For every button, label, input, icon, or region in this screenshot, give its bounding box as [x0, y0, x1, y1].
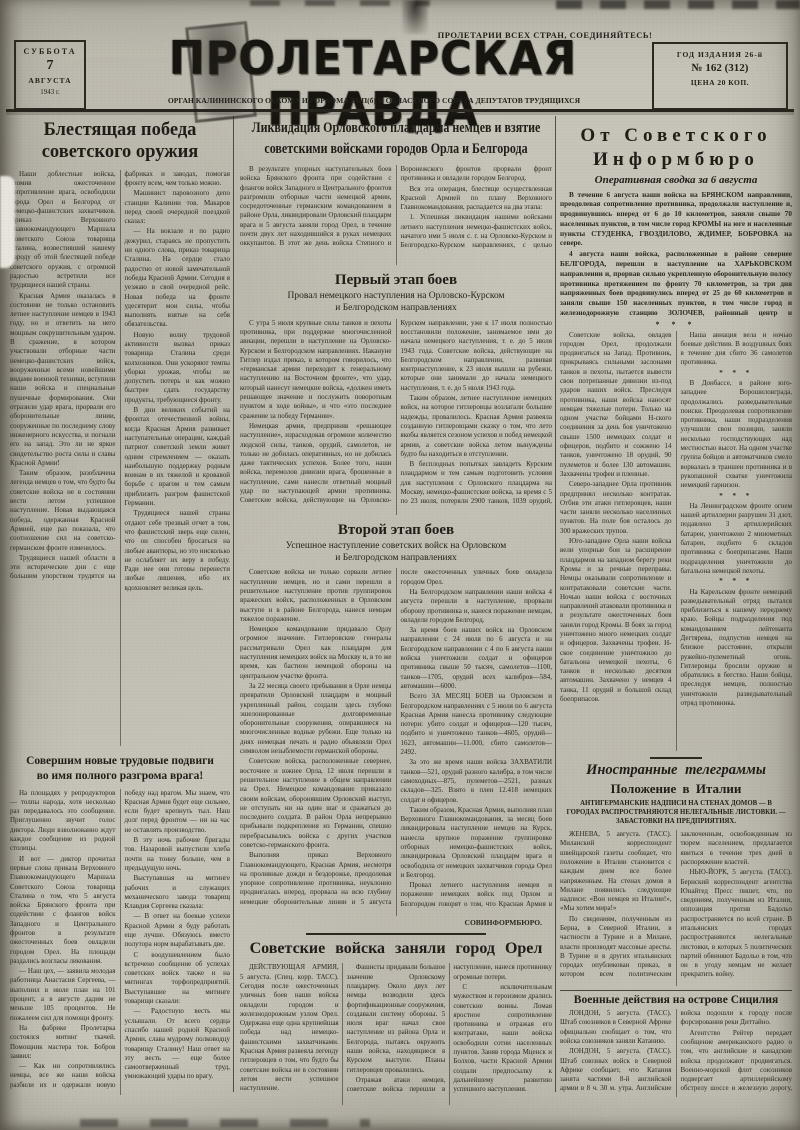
- section-rule: [650, 757, 701, 759]
- paragraph: Юго-западнее Орла наши войска вели упорн…: [560, 537, 672, 704]
- sicily-body: ЛОНДОН, 5 августа. (ТАСС). Штаб союзнико…: [560, 1009, 792, 1097]
- paragraph: Таким образом, летнее наступление немецк…: [401, 394, 553, 459]
- sovinformburo-signature: СОВИНФОРМБЮРО.: [240, 918, 552, 927]
- issue-price: ЦЕНА 20 КОП.: [654, 78, 786, 87]
- svodka-subheading: Оперативная сводка за 6 августа: [560, 174, 792, 186]
- article-headline-victory: Блестящая победа советского оружия: [10, 120, 230, 164]
- article-body-labor-feats: На площадях у репродукторов — толпы наро…: [10, 789, 230, 1095]
- paragraph: Таким образом, Красная Армия, выполняя п…: [401, 806, 553, 880]
- date-day: 7: [16, 58, 84, 74]
- paragraph: На площадях у репродукторов — толпы наро…: [10, 789, 116, 854]
- issue-number: № 162 (312): [654, 62, 786, 74]
- paragraph: На Ленинградском фронте огнем нашей арти…: [681, 502, 793, 576]
- edition-year: ГОД ИЗДАНИЯ 26-й: [654, 50, 786, 59]
- paragraph: Новую волну трудовой активности вызвал п…: [125, 331, 231, 405]
- date-year: 1943 г.: [16, 88, 84, 96]
- paragraph: Трудящиеся нашей страны отдают себе трез…: [125, 509, 231, 593]
- organ-line: ОРГАН КАЛИНИНСКОГО ОБКОМА И ГОРКОМА ВКП(…: [100, 96, 648, 105]
- paragraph: ЛОНДОН, 5 августа. (ТАСС). Штаб союзнико…: [560, 1009, 672, 1046]
- main-article-intro: В результате упорных наступательных боев…: [240, 165, 552, 265]
- star-separator: * * *: [681, 492, 793, 501]
- italy-body: ЖЕНЕВА, 5 августа. (ТАСС). Миланский кор…: [560, 830, 792, 986]
- paragraph: — Радостную весть мы услышали. От всего …: [125, 1007, 231, 1081]
- date-day-name: СУББОТА: [16, 47, 84, 56]
- paragraph: Немецкое командование придавало Орлу огр…: [240, 625, 392, 681]
- paragraph: В Донбассе, в районе юго-западнее Вороши…: [681, 379, 793, 491]
- informbureau-heading: От Советского Информбюро: [560, 124, 792, 172]
- article-headline-labor-feats: Совершим новые трудовые подвиги во имя п…: [10, 754, 230, 784]
- paragraph: В эту ночь рабочие бригады тов. Назарово…: [125, 836, 231, 873]
- column-divider: [555, 116, 556, 1092]
- italy-subheading: АНТИГЕРМАНСКИЕ НАДПИСИ НА СТЕНАХ ДОМОВ —…: [564, 799, 788, 827]
- left-column: Блестящая победа советского оружия Наши …: [10, 118, 230, 1095]
- paragraph: Машинист паровозного депо станции Калини…: [125, 189, 231, 226]
- masthead-rule: [6, 109, 794, 112]
- right-column: От Советского Информбюро Оперативная сво…: [560, 118, 792, 1097]
- paragraph: ЖЕНЕВА, 5 августа. (ТАСС). Миланский кор…: [560, 830, 672, 914]
- library-ink-stamp: [185, 21, 257, 123]
- star-separator: * * *: [560, 320, 792, 329]
- paragraph: Выступавшая на митинге рабочих и служащи…: [125, 874, 231, 911]
- paragraph: — В ответ на боевые успехи Красной Армии…: [125, 912, 231, 949]
- paragraph: С утра 5 июля крупные силы танков и пехо…: [240, 319, 392, 421]
- paragraph: — Наш цех, — заявила молодая работница А…: [10, 967, 116, 1023]
- svodka-lead: В течение 6 августа наши войска на БРЯНС…: [560, 191, 792, 319]
- paragraph: В дни великих событий на фронтах отечест…: [125, 406, 231, 508]
- paragraph: Всего ЗА МЕСЯЦ БОЕВ на Орловском и Белго…: [401, 692, 553, 757]
- date-box: СУББОТА 7 АВГУСТА 1943 г.: [14, 40, 86, 110]
- article-body-victory: Наши доблестные войска, сломив ожесточен…: [10, 170, 230, 746]
- main-headline-liquidation: Ликвидация Орловского плацдарма немцев и…: [240, 118, 552, 160]
- sicily-heading: Военные действия на острове Сицилия: [560, 994, 792, 1006]
- paragraph: НЬЮ-ЙОРК, 5 августа. (ТАСС). Бернский ко…: [681, 868, 793, 980]
- ink-smudge: [80, 1119, 370, 1127]
- italy-heading: Положение в Италии: [560, 781, 792, 797]
- paragraph: С воодушевлением было встречено сообщени…: [125, 951, 231, 1007]
- stage1-subheading: Провал немецкого наступления на Орловско…: [240, 290, 552, 315]
- paragraph: Красная Армия оказалась в состоянии не т…: [10, 292, 116, 469]
- paragraph: На Карельском фронте немецкий разведыват…: [681, 588, 793, 709]
- paper-tear: [0, 176, 15, 268]
- paragraph: Фашисты придавали большое значение Орлов…: [347, 963, 446, 1075]
- paragraph: На фабрике Пролетарка состоялся митинг т…: [10, 1024, 116, 1061]
- stage1-heading: Первый этап боев: [240, 272, 552, 289]
- stage2-body: Советские войска не только сорвали летне…: [240, 568, 552, 916]
- paragraph: И вот — диктор прочитал первые слова при…: [10, 855, 116, 967]
- star-separator: * * *: [681, 577, 793, 586]
- svodka-details: Советские войска, овладев городом Орел, …: [560, 331, 792, 751]
- paragraph: Северо-западнее Орла противник предприня…: [560, 480, 672, 536]
- paragraph: На Белгородском направлении наши войска …: [401, 588, 553, 625]
- paragraph: 4 августа наши войска, расположенные в р…: [560, 250, 792, 318]
- paragraph: За 22 месяца своего пребывания в Орле не…: [240, 682, 392, 756]
- paragraph: Советские войска, расположенные севернее…: [240, 757, 392, 850]
- paragraph: Советские войска, овладев городом Орел, …: [560, 331, 672, 480]
- paragraph: В течение 6 августа наши войска на БРЯНС…: [560, 191, 792, 250]
- paragraph: С исключительным мужеством и героизмом д…: [453, 983, 552, 1095]
- paragraph: — На вокзале и по радио дежурил, стараяс…: [125, 227, 231, 329]
- paragraph: Таким образом, разоблачена легенда немце…: [10, 469, 116, 553]
- paragraph: Наша авиация вела и ночью боевые действи…: [681, 331, 793, 368]
- paragraph: За время боев наших войск на Орловском н…: [401, 626, 553, 691]
- orel-headline: Советские войска заняли город Орел: [240, 940, 552, 958]
- stage2-subheading: Успешное наступление советских войск на …: [240, 540, 552, 565]
- column-divider: [233, 116, 234, 1092]
- paragraph: Наши доблестные войска, сломив ожесточен…: [10, 170, 116, 291]
- issue-box: ГОД ИЗДАНИЯ 26-й № 162 (312) ЦЕНА 20 КОП…: [652, 42, 788, 110]
- star-separator: * * *: [681, 369, 793, 378]
- stage1-body: С утра 5 июля крупные силы танков и пехо…: [240, 319, 552, 515]
- orel-body: ДЕЙСТВУЮЩАЯ АРМИЯ, 5 августа. (Спец. кор…: [240, 963, 552, 1105]
- stage2-heading: Второй этап боев: [240, 522, 552, 539]
- newspaper-page: ПРОЛЕТАРИИ ВСЕХ СТРАН, СОЕДИНЯЙТЕСЬ! СУБ…: [0, 0, 800, 1130]
- paragraph: ДЕЙСТВУЮЩАЯ АРМИЯ, 5 августа. (Спец. кор…: [240, 963, 339, 1093]
- foreign-telegrams-heading: Иностранные телеграммы: [560, 762, 792, 779]
- ink-smudge: [556, 0, 800, 9]
- date-month: АВГУСТА: [16, 76, 84, 85]
- section-rule: [306, 933, 487, 935]
- middle-column: Ликвидация Орловского плацдарма немцев и…: [240, 116, 552, 1105]
- paragraph: За это же время наши войска ЗАХВАТИЛИ та…: [401, 758, 553, 804]
- ink-smudge: [250, 0, 430, 6]
- paragraph: Вся эта операция, блестяще осуществленна…: [401, 185, 553, 213]
- section-rule: [560, 990, 792, 991]
- paragraph: Советские войска не только сорвали летне…: [240, 568, 392, 624]
